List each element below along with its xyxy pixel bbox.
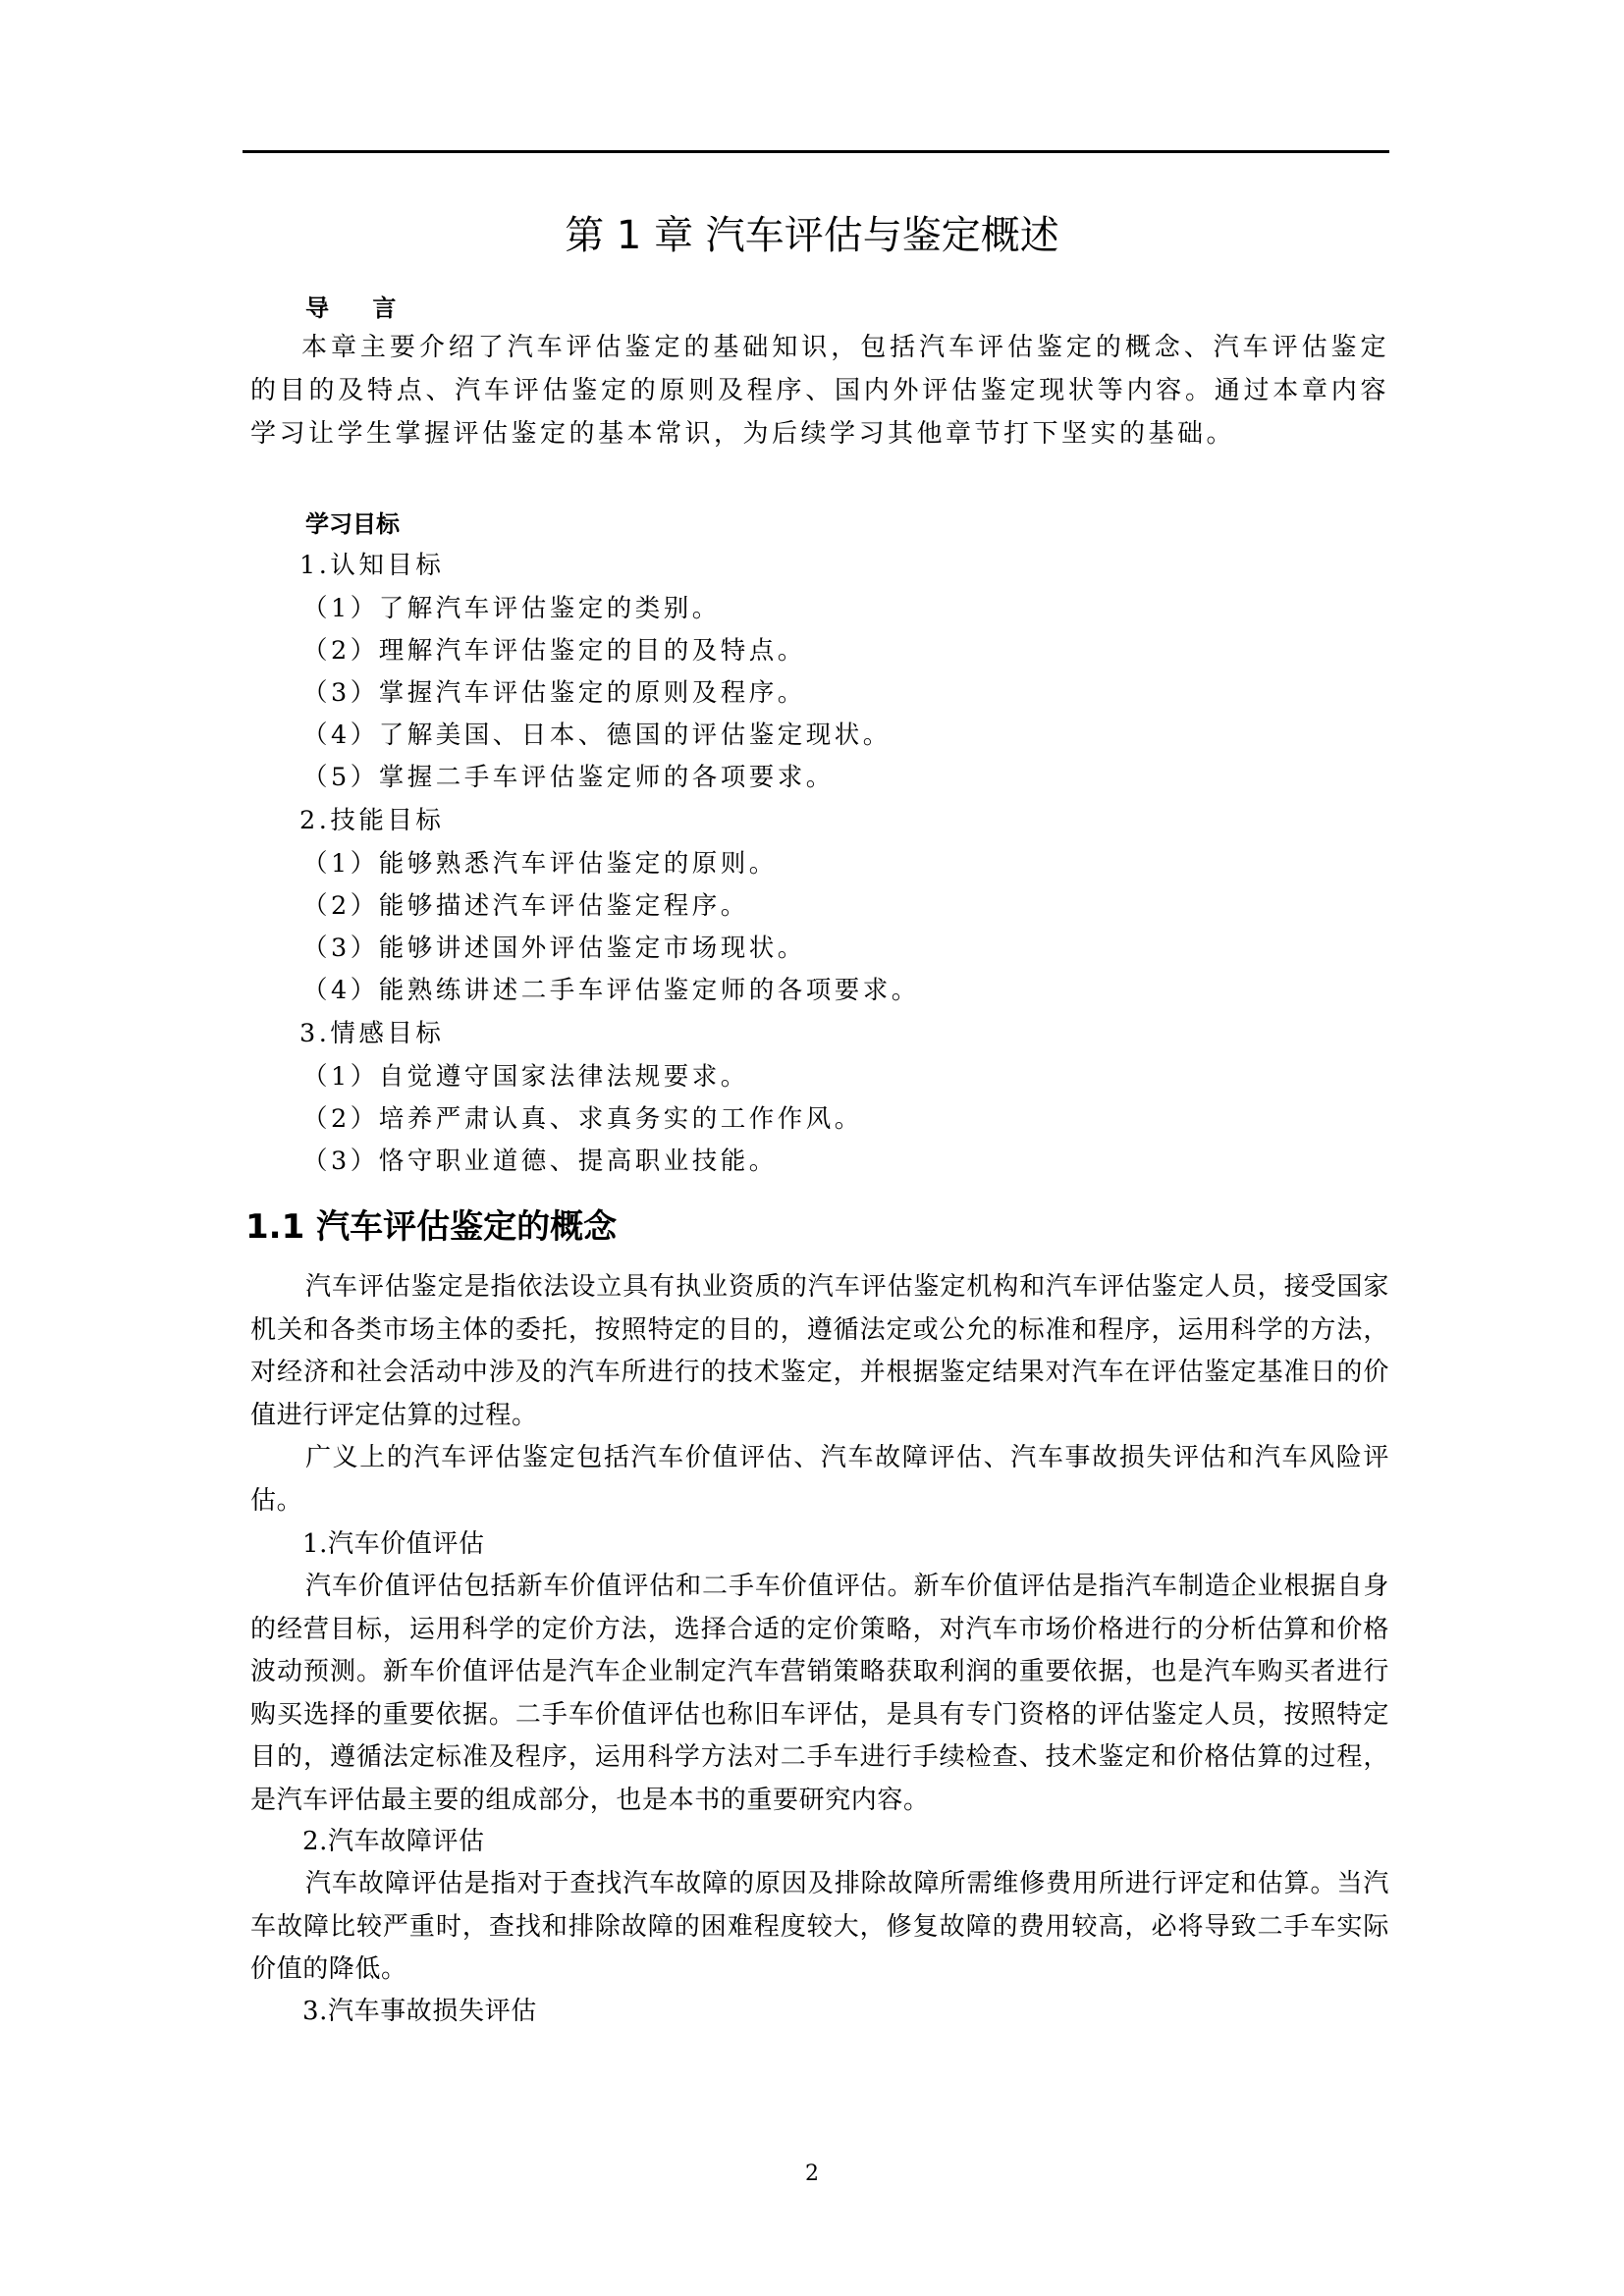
objective-item: （1）了解汽车评估鉴定的类别。 xyxy=(302,589,721,624)
objective-item: （2）培养严肃认真、求真务实的工作作风。 xyxy=(302,1099,863,1135)
header-rule xyxy=(243,150,1389,153)
objective-group-title: 3.情感目标 xyxy=(299,1014,444,1049)
subsection-text: 汽车价值评估包括新车价值评估和二手车价值评估。新车价值评估是指汽车制造企业根据自… xyxy=(250,1566,1389,1822)
objective-item: （3）恪守职业道德、提高职业技能。 xyxy=(302,1142,778,1177)
subsection-title: 2.汽车故障评估 xyxy=(302,1821,485,1857)
section-paragraph: 广义上的汽车评估鉴定包括汽车价值评估、汽车故障评估、汽车事故损失评估和汽车风险评… xyxy=(250,1437,1389,1522)
objective-item: （4）能熟练讲述二手车评估鉴定师的各项要求。 xyxy=(302,971,920,1006)
objective-item: （1）能够熟悉汽车评估鉴定的原则。 xyxy=(302,844,778,880)
objective-item: （2）理解汽车评估鉴定的目的及特点。 xyxy=(302,631,806,667)
objective-item: （2）能够描述汽车评估鉴定程序。 xyxy=(302,886,749,922)
objective-group-title: 1.认知目标 xyxy=(299,546,444,581)
objectives-heading: 学习目标 xyxy=(305,505,400,539)
intro-text: 本章主要介绍了汽车评估鉴定的基础知识，包括汽车评估鉴定的概念、汽车评估鉴定的目的… xyxy=(250,326,1389,455)
section-paragraph: 汽车评估鉴定是指依法设立具有执业资质的汽车评估鉴定机构和汽车评估鉴定人员，接受国… xyxy=(250,1266,1389,1437)
subsection-title: 1.汽车价值评估 xyxy=(302,1523,485,1560)
objective-item: （1）自觉遵守国家法律法规要求。 xyxy=(302,1057,749,1093)
objective-item: （3）能够讲述国外评估鉴定市场现状。 xyxy=(302,929,806,964)
objective-group-title: 2.技能目标 xyxy=(299,801,444,836)
objective-item: （3）掌握汽车评估鉴定的原则及程序。 xyxy=(302,673,806,709)
intro-heading: 导 言 xyxy=(305,289,413,323)
chapter-title: 第 1 章 汽车评估与鉴定概述 xyxy=(0,204,1624,260)
section-heading: 1.1 汽车评估鉴定的概念 xyxy=(245,1200,617,1248)
page-number: 2 xyxy=(0,2162,1624,2186)
subsection-title: 3.汽车事故损失评估 xyxy=(302,1991,537,2027)
objective-item: （4）了解美国、日本、德国的评估鉴定现状。 xyxy=(302,716,892,751)
subsection-text: 汽车故障评估是指对于查找汽车故障的原因及排除故障所需维修费用所进行评定和估算。当… xyxy=(250,1863,1389,1992)
objective-item: （5）掌握二手车评估鉴定师的各项要求。 xyxy=(302,758,835,793)
